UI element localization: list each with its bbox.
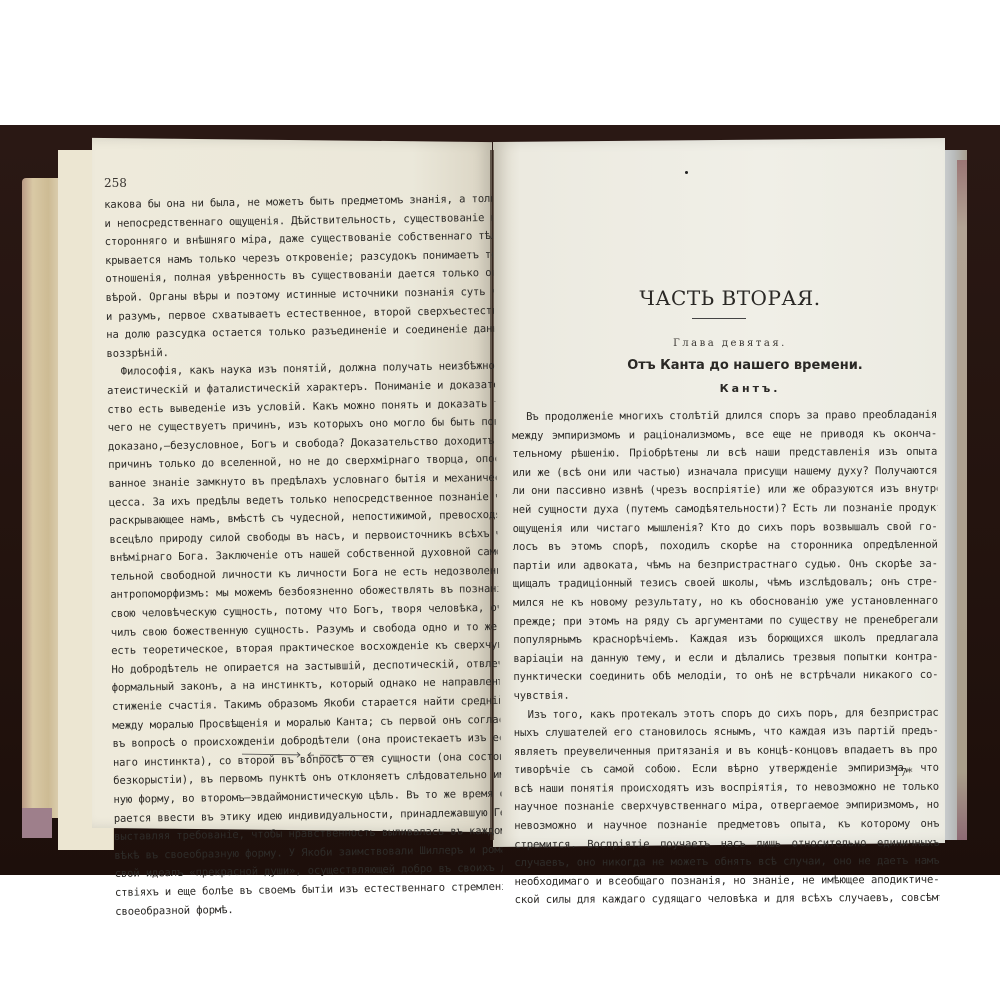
left-page-body: какова бы она ни была, не можетъ быть пр…: [104, 190, 503, 921]
open-book: 258 какова бы она ни была, не можетъ быт…: [0, 0, 1000, 1000]
text-line: научное познаніе сверхчувственнаго міра,…: [514, 796, 939, 817]
text-line: тиворѣчіе съ самой собою. Если вѣрно утв…: [514, 759, 939, 780]
text-line: тельному рѣшенію. Пріобрѣтены ли всѣ наш…: [512, 443, 937, 464]
printer-dot: [685, 171, 688, 174]
chapter-title: Отъ Канта до нашего времени.: [580, 358, 910, 373]
text-line: ли они пассивно извнѣ (чрезъ воспріятіе)…: [512, 480, 937, 501]
text-line: прежде; при этомъ на ряду съ аргументами…: [513, 610, 938, 631]
signature-mark: 17*: [893, 766, 913, 779]
paragraph-start: Въ продолженіе многихъ столѣтій длился с…: [512, 406, 937, 427]
section-title: Кантъ.: [580, 382, 920, 395]
text-line: ныхъ слушателей его становилось яснымъ, …: [514, 722, 939, 743]
text-line: или же (всѣ они или частью) изначала при…: [512, 462, 937, 483]
text-line: варіаціи на данную тему, и если и дѣлали…: [513, 647, 938, 668]
text-line: являетъ преувеличенныя притязанія и въ к…: [514, 740, 939, 761]
part-title: ЧАСТЬ ВТОРАЯ.: [580, 286, 880, 310]
text-line: невозможно и научное познаніе предметовъ…: [514, 815, 939, 836]
text-line: популярнымъ краснорѣчіемъ. Каждая изъ бо…: [513, 629, 938, 650]
right-page-edges: [945, 150, 967, 840]
text-line: лосъ въ этомъ спорѣ, походилъ скорѣе на …: [513, 536, 938, 557]
text-line: ней сущности духа (путемъ самодѣятельнос…: [512, 499, 937, 520]
text-line: случаевъ, оно никогда не можетъ обнять в…: [514, 852, 939, 873]
ornament-divider-icon: [242, 749, 372, 761]
left-page-number: 258: [104, 176, 127, 190]
text-line: мился не къ новому результату, но къ обо…: [513, 592, 938, 613]
text-line: между эмпиризмомъ и раціонализмомъ, все …: [512, 424, 937, 445]
title-rule: [692, 318, 746, 319]
text-line: чувствія.: [513, 685, 938, 706]
text-line: щищалъ традиціонный тезисъ своей школы, …: [513, 573, 938, 594]
text-line: ской силы для каждаго судящаго человѣка …: [515, 889, 940, 910]
text-line: партіи или адвоката, чѣмъ на безпристрас…: [513, 555, 938, 576]
text-line: пунктически соединить обѣ мелодіи, то он…: [513, 666, 938, 687]
text-line: ощущенія или чистаго мышленія? Кто до си…: [513, 517, 938, 538]
right-page-body: Въ продолженіе многихъ столѣтій длился с…: [512, 406, 940, 910]
text-line: стремится. Воспріятіе поучаетъ насъ лишь…: [514, 833, 939, 854]
text-line: необходимаго и всеобщаго познанія, но зн…: [514, 871, 939, 892]
chapter-label: Глава девятая.: [580, 338, 880, 349]
text-line: всѣ наши понятія происходятъ изъ воспрія…: [514, 778, 939, 799]
paragraph-start: Изъ того, какъ протекалъ этотъ споръ до …: [514, 703, 939, 724]
